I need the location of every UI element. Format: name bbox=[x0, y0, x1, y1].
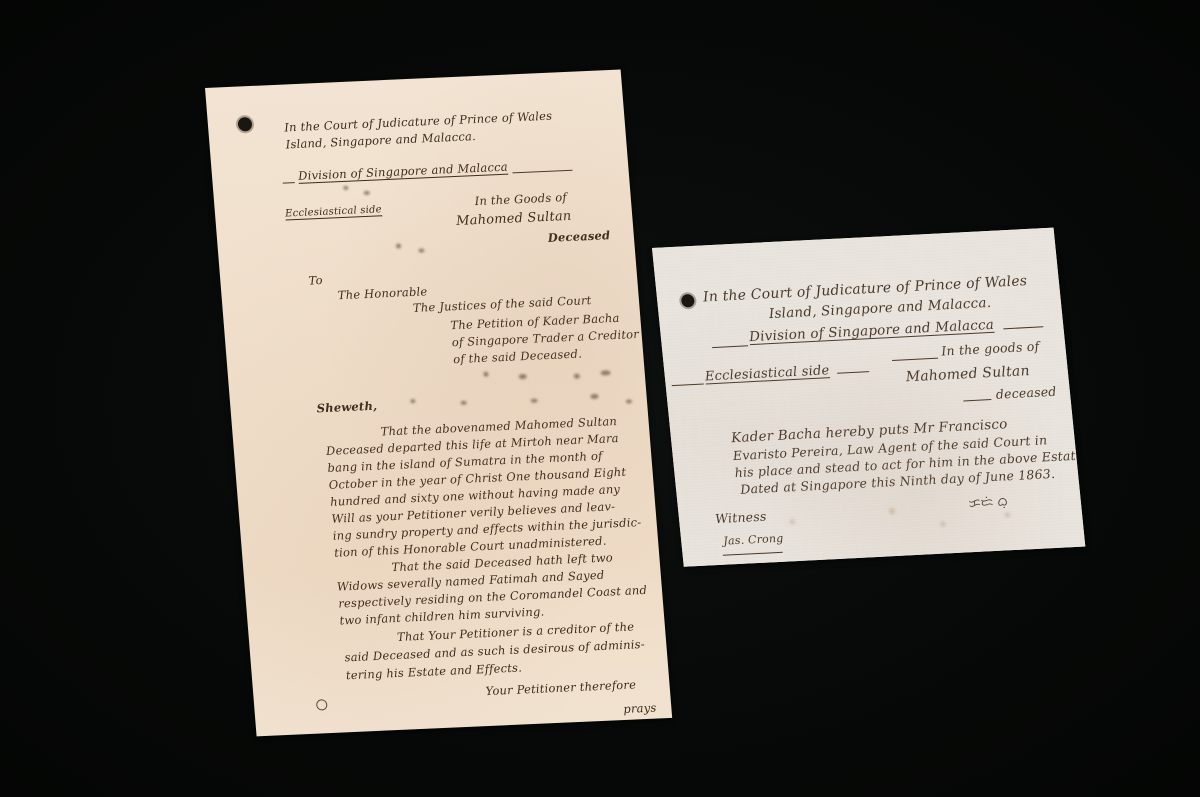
closing-line1: Your Petitioner therefore bbox=[485, 677, 637, 698]
deceased-name: Mahomed Sultan bbox=[456, 209, 572, 229]
ink-blot bbox=[460, 401, 466, 405]
ink-blot bbox=[590, 394, 598, 399]
closing-line2: prays bbox=[623, 701, 657, 716]
witness-label: Witness bbox=[714, 509, 767, 527]
ink-blot bbox=[418, 248, 424, 252]
petition-document: In the Court of Judicature of Prince of … bbox=[205, 69, 672, 736]
address-honorable: The Honorable bbox=[337, 284, 428, 302]
foxing-stain bbox=[889, 508, 896, 514]
matter-line3: deceased bbox=[995, 384, 1057, 402]
ink-blot bbox=[364, 191, 370, 195]
foxing-stain bbox=[940, 522, 945, 527]
ink-blot bbox=[483, 372, 488, 377]
ink-blot bbox=[410, 399, 415, 403]
matter-line3: Deceased bbox=[547, 228, 611, 245]
address-judges: The Justices of the said Court bbox=[412, 293, 592, 315]
side-label: Ecclesiastical side bbox=[285, 204, 382, 219]
signature-flourish bbox=[723, 552, 783, 556]
rule bbox=[837, 371, 869, 374]
deceased-name: Mahomed Sultan bbox=[905, 363, 1030, 385]
sheweth-label: Sheweth, bbox=[316, 399, 378, 416]
rule bbox=[712, 345, 748, 348]
rule bbox=[512, 170, 572, 174]
rule bbox=[892, 358, 938, 362]
division-heading: Division of Singapore and Malacca bbox=[298, 160, 509, 183]
rule bbox=[283, 182, 295, 184]
ink-blot bbox=[600, 370, 610, 375]
punch-hole-ring-icon bbox=[316, 699, 328, 710]
ink-blot bbox=[519, 374, 527, 379]
punch-hole-icon bbox=[237, 117, 252, 132]
body-line: tering his Estate and Effects. bbox=[345, 660, 522, 682]
authority-document: In the Court of Judicature of Prince of … bbox=[652, 228, 1085, 567]
foxing-stain bbox=[790, 519, 795, 524]
ink-blot bbox=[396, 243, 401, 248]
foxing-stain bbox=[1005, 512, 1010, 517]
ink-blot bbox=[574, 374, 580, 379]
rule bbox=[672, 384, 704, 387]
native-script-signature: ᜃᜇᜒ ᜊᜓ bbox=[968, 492, 1009, 511]
side-label: Ecclesiastical side bbox=[704, 363, 830, 384]
address-deceased: of the said Deceased. bbox=[453, 347, 583, 367]
ink-blot bbox=[531, 399, 538, 403]
address-to: To bbox=[308, 273, 323, 288]
rule bbox=[963, 399, 991, 402]
body-line: said Deceased and as such is desirous of… bbox=[344, 637, 645, 664]
rule bbox=[1003, 326, 1043, 329]
punch-hole-icon bbox=[681, 294, 695, 308]
matter-line1: In the Goods of bbox=[474, 190, 567, 208]
witness-signature: Jas. Crong bbox=[723, 532, 784, 548]
ink-blot bbox=[626, 399, 632, 403]
matter-line1: In the goods of bbox=[941, 339, 1040, 359]
ink-blot bbox=[343, 186, 348, 190]
